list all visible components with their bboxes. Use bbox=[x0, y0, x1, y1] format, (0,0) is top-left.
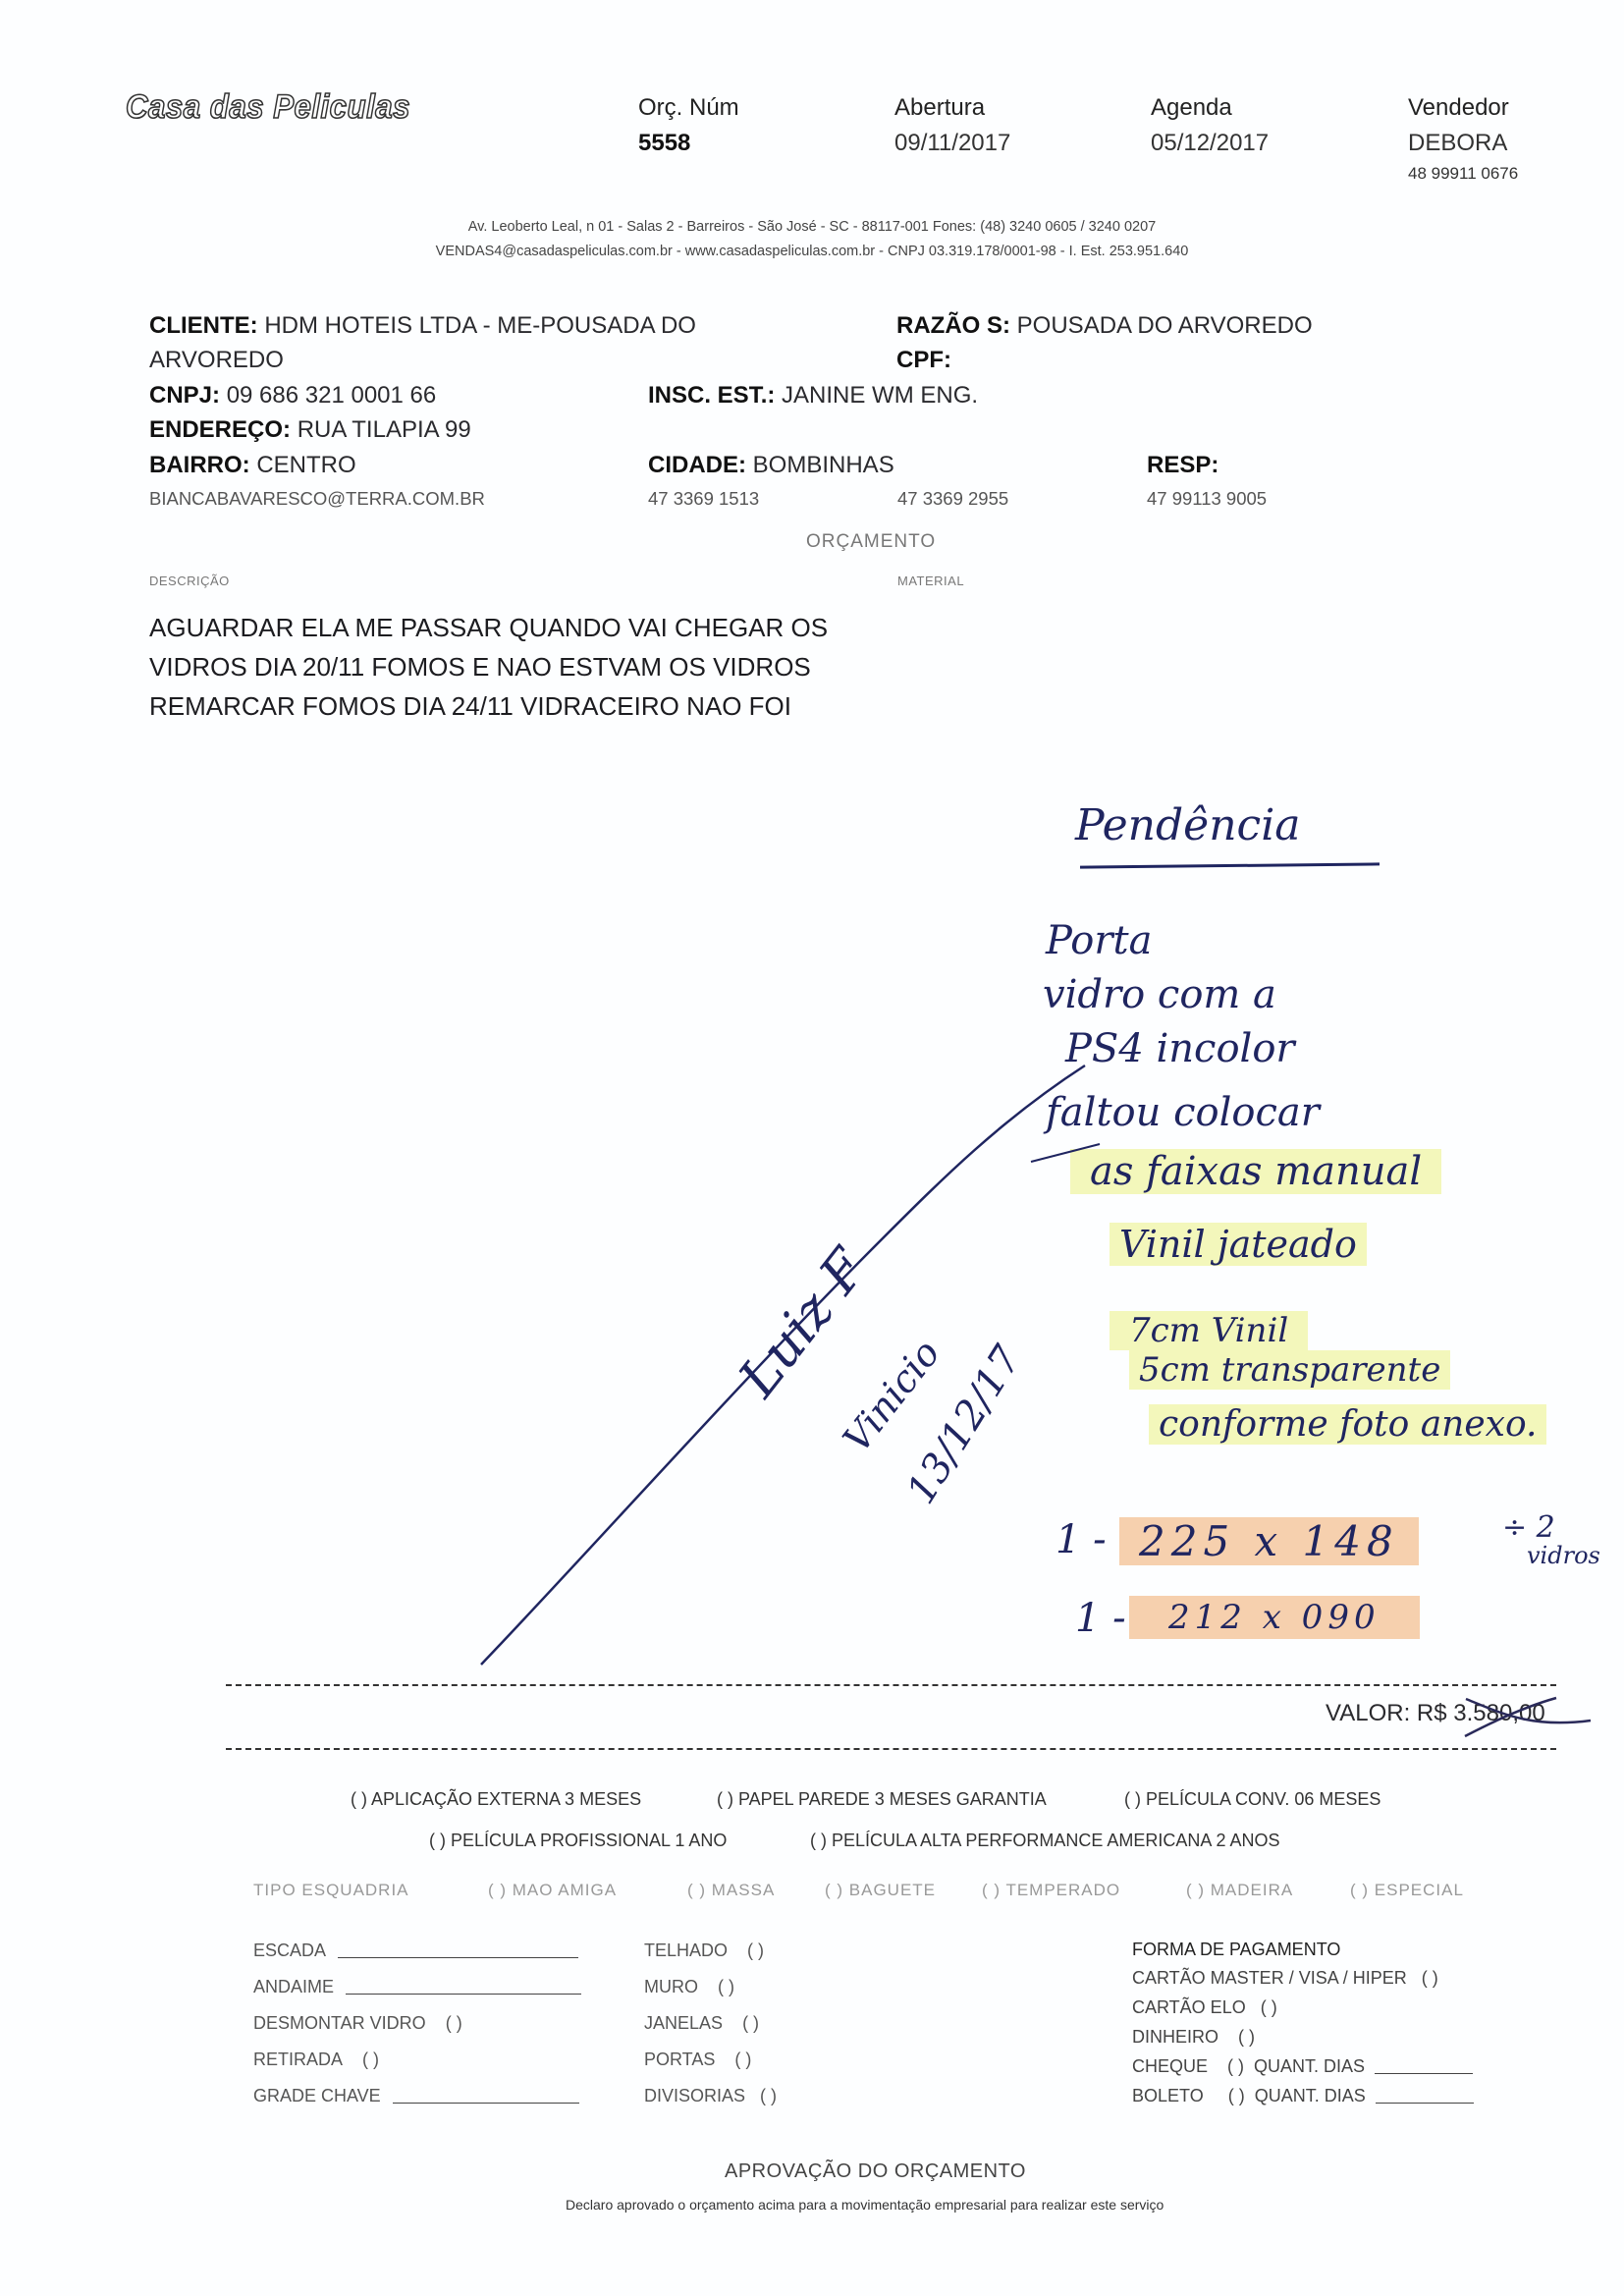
company-address: Av. Leoberto Leal, n 01 - Salas 2 - Barr… bbox=[0, 219, 1624, 235]
payment-dinheiro[interactable]: DINHEIRO ( ) bbox=[1132, 2027, 1255, 2048]
budget-description: AGUARDAR ELA ME PASSAR QUANDO VAI CHEGAR… bbox=[149, 608, 895, 726]
cliente-label: CLIENTE: bbox=[149, 312, 258, 339]
handwritten-strokes bbox=[0, 0, 1624, 2296]
option-pelicula-profissional[interactable]: ( ) PELÍCULA PROFISSIONAL 1 ANO bbox=[429, 1831, 727, 1851]
cpf-field: CPF: bbox=[896, 347, 951, 374]
handwritten-line: vidro com a bbox=[1043, 972, 1276, 1017]
cidade-label: CIDADE: bbox=[648, 452, 746, 478]
option-pelicula-alta-performance[interactable]: ( ) PELÍCULA ALTA PERFORMANCE AMERICANA … bbox=[810, 1831, 1279, 1851]
valor-amount: 3.580,00 bbox=[1453, 1700, 1544, 1726]
service-andaime[interactable]: ANDAIME bbox=[253, 1977, 581, 1997]
service-desmontar-vidro[interactable]: DESMONTAR VIDRO ( ) bbox=[253, 2013, 462, 2034]
cnpj-label: CNPJ: bbox=[149, 382, 220, 409]
valor-label: VALOR: R$ bbox=[1326, 1700, 1447, 1726]
company-contact: VENDAS4@casadaspeliculas.com.br - www.ca… bbox=[0, 244, 1624, 259]
handwritten-line: Vinil jateado bbox=[1110, 1223, 1367, 1266]
resp-field: RESP: bbox=[1147, 452, 1218, 479]
razao-field: RAZÃO S: POUSADA DO ARVOREDO bbox=[896, 312, 1313, 340]
endereco-field: ENDEREÇO: RUA TILAPIA 99 bbox=[149, 416, 471, 444]
measurement-qty: 1 - bbox=[1056, 1517, 1107, 1562]
bairro-label: BAIRRO: bbox=[149, 452, 250, 478]
cidade-field: CIDADE: BOMBINHAS bbox=[648, 452, 894, 479]
handwritten-line: faltou colocar bbox=[1046, 1090, 1320, 1135]
client-phone-3: 47 99113 9005 bbox=[1147, 488, 1267, 510]
handwritten-line: PS4 incolor bbox=[1065, 1026, 1295, 1071]
valor-field: VALOR: R$ 3.580,00 bbox=[1326, 1700, 1545, 1727]
payment-cartao-master[interactable]: CARTÃO MASTER / VISA / HIPER ( ) bbox=[1132, 1968, 1438, 1989]
bairro-field: BAIRRO: CENTRO bbox=[149, 452, 356, 479]
insc-label: INSC. EST.: bbox=[648, 382, 775, 409]
service-escada[interactable]: ESCADA bbox=[253, 1941, 578, 1961]
measurement-qty: 1 - bbox=[1075, 1596, 1126, 1641]
cnpj-value: 09 686 321 0001 66 bbox=[227, 382, 437, 409]
measurement-size: 212 x 090 bbox=[1129, 1596, 1420, 1639]
option-aplicacao-externa[interactable]: ( ) APLICAÇÃO EXTERNA 3 MESES bbox=[351, 1789, 641, 1810]
handwritten-title: Pendência bbox=[1075, 800, 1301, 850]
service-divisorias[interactable]: DIVISORIAS ( ) bbox=[644, 2086, 777, 2106]
orcamento-title: ORÇAMENTO bbox=[806, 531, 936, 553]
service-retirada[interactable]: RETIRADA ( ) bbox=[253, 2050, 379, 2070]
measurement-note: ÷ 2 bbox=[1502, 1510, 1555, 1545]
resp-label: RESP: bbox=[1147, 452, 1218, 478]
option-pelicula-conv[interactable]: ( ) PELÍCULA CONV. 06 MESES bbox=[1124, 1789, 1380, 1810]
service-grade-chave[interactable]: GRADE CHAVE bbox=[253, 2086, 579, 2106]
orc-num-label: Orç. Núm bbox=[638, 94, 739, 122]
esquadria-especial[interactable]: ( ) ESPECIAL bbox=[1350, 1881, 1464, 1900]
valor-strike bbox=[0, 0, 1624, 2296]
measurement-size: 225 x 148 bbox=[1119, 1517, 1419, 1565]
divider-top bbox=[226, 1684, 1556, 1686]
vendedor-label: Vendedor bbox=[1408, 94, 1509, 122]
payment-cheque[interactable]: CHEQUE ( ) QUANT. DIAS bbox=[1132, 2056, 1473, 2077]
esquadria-mao-amiga[interactable]: ( ) MAO AMIGA bbox=[488, 1881, 617, 1900]
service-muro[interactable]: MURO ( ) bbox=[644, 1977, 734, 1997]
service-portas[interactable]: PORTAS ( ) bbox=[644, 2050, 751, 2070]
endereco-label: ENDEREÇO: bbox=[149, 416, 291, 443]
handwritten-line: 7cm Vinil bbox=[1110, 1311, 1308, 1350]
option-papel-parede[interactable]: ( ) PAPEL PAREDE 3 MESES GARANTIA bbox=[717, 1789, 1047, 1810]
signature-name: Luiz F bbox=[727, 1237, 879, 1408]
payment-boleto[interactable]: BOLETO ( ) QUANT. DIAS bbox=[1132, 2086, 1474, 2106]
payment-title: FORMA DE PAGAMENTO bbox=[1132, 1940, 1340, 1960]
insc-value: JANINE WM ENG. bbox=[782, 382, 978, 409]
cliente-value: HDM HOTEIS LTDA - ME-POUSADA DO bbox=[264, 312, 696, 339]
client-phone-2: 47 3369 2955 bbox=[897, 488, 1008, 510]
agenda-value: 05/12/2017 bbox=[1151, 130, 1269, 157]
abertura-value: 09/11/2017 bbox=[894, 130, 1010, 157]
cliente-field: CLIENTE: HDM HOTEIS LTDA - ME-POUSADA DO bbox=[149, 312, 696, 340]
divider-bottom bbox=[226, 1748, 1556, 1750]
handwritten-line: 5cm transparente bbox=[1129, 1350, 1450, 1390]
handwritten-line: Porta bbox=[1046, 918, 1152, 963]
endereco-value: RUA TILAPIA 99 bbox=[298, 416, 471, 443]
payment-cartao-elo[interactable]: CARTÃO ELO ( ) bbox=[1132, 1997, 1277, 2018]
razao-value: POUSADA DO ARVOREDO bbox=[1017, 312, 1313, 339]
razao-label: RAZÃO S: bbox=[896, 312, 1010, 339]
cidade-value: BOMBINHAS bbox=[753, 452, 894, 478]
abertura-label: Abertura bbox=[894, 94, 985, 122]
insc-field: INSC. EST.: JANINE WM ENG. bbox=[648, 382, 978, 410]
esquadria-massa[interactable]: ( ) MASSA bbox=[687, 1881, 775, 1900]
esquadria-baguete[interactable]: ( ) BAGUETE bbox=[825, 1881, 936, 1900]
agenda-label: Agenda bbox=[1151, 94, 1232, 122]
esquadria-temperado[interactable]: ( ) TEMPERADO bbox=[982, 1881, 1120, 1900]
bairro-value: CENTRO bbox=[256, 452, 355, 478]
handwritten-title-underline bbox=[1080, 862, 1380, 868]
approval-text: Declaro aprovado o orçamento acima para … bbox=[566, 2197, 1164, 2213]
service-telhado[interactable]: TELHADO ( ) bbox=[644, 1941, 764, 1961]
handwritten-line: conforme foto anexo. bbox=[1149, 1404, 1546, 1445]
approval-title: APROVAÇÃO DO ORÇAMENTO bbox=[725, 2160, 1026, 2183]
material-label: MATERIAL bbox=[897, 574, 964, 588]
esquadria-label: TIPO ESQUADRIA bbox=[253, 1881, 409, 1900]
descricao-label: DESCRIÇÃO bbox=[149, 574, 230, 588]
company-logo: Casa das Peliculas bbox=[126, 88, 410, 127]
measurement-note-2: vidros bbox=[1527, 1542, 1600, 1569]
orc-num-value: 5558 bbox=[638, 130, 690, 157]
client-phone-1: 47 3369 1513 bbox=[648, 488, 759, 510]
cpf-label: CPF: bbox=[896, 347, 951, 373]
vendedor-value: DEBORA bbox=[1408, 130, 1507, 157]
cnpj-field: CNPJ: 09 686 321 0001 66 bbox=[149, 382, 436, 410]
cliente-value-line2: ARVOREDO bbox=[149, 347, 284, 374]
vendedor-phone: 48 99911 0676 bbox=[1408, 164, 1518, 184]
handwritten-line: as faixas manual bbox=[1070, 1149, 1441, 1194]
esquadria-madeira[interactable]: ( ) MADEIRA bbox=[1186, 1881, 1293, 1900]
client-email: BIANCABAVARESCO@TERRA.COM.BR bbox=[149, 488, 485, 510]
service-janelas[interactable]: JANELAS ( ) bbox=[644, 2013, 759, 2034]
